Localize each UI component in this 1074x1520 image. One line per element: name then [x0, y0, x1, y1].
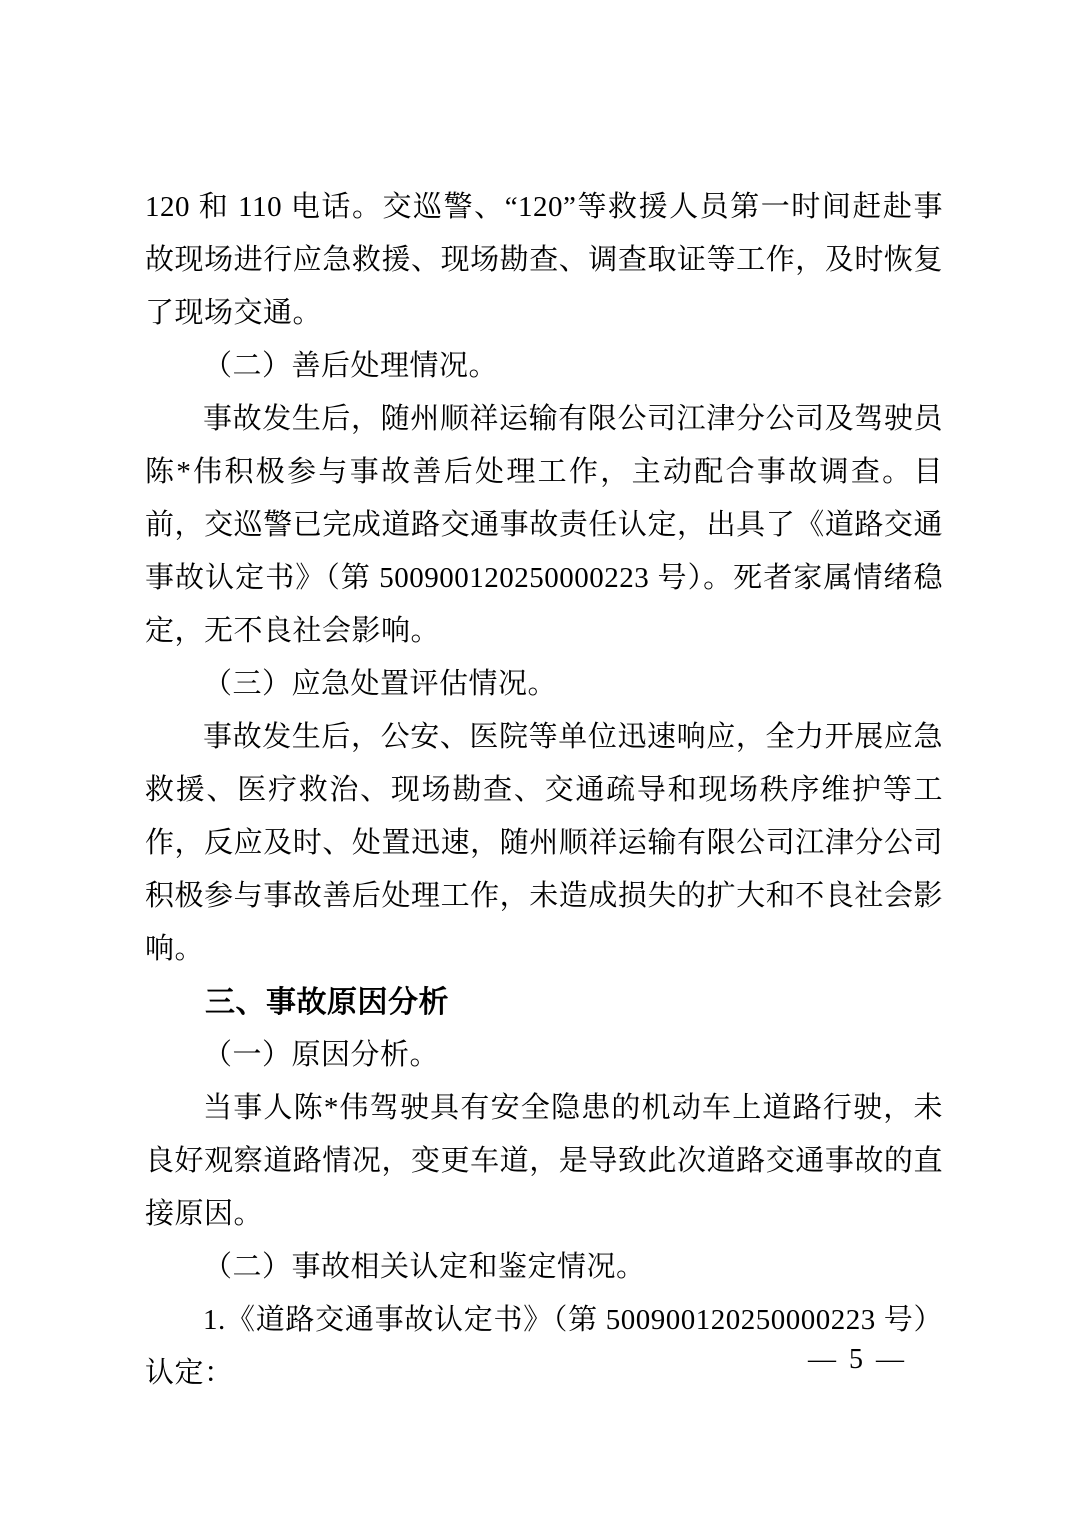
document-body: 120 和 110 电话。交巡警、“120”等救援人员第一时间赶赴事故现场进行应…	[145, 181, 943, 1400]
para-emergency-response-evaluation: 事故发生后，公安、医院等单位迅速响应，全力开展应急救援、医疗救治、现场勘查、交通…	[145, 711, 943, 976]
para-rescue-continuation: 120 和 110 电话。交巡警、“120”等救援人员第一时间赶赴事故现场进行应…	[145, 181, 943, 340]
heading-emergency-response-evaluation: （三）应急处置评估情况。	[145, 658, 943, 711]
heading-related-determinations: （二）事故相关认定和鉴定情况。	[145, 1241, 943, 1294]
heading-cause-analysis: （一）原因分析。	[145, 1029, 943, 1082]
para-cause-analysis: 当事人陈*伟驾驶具有安全隐患的机动车上道路行驶，未良好观察道路情况，变更车道，是…	[145, 1082, 943, 1241]
page-number: — 5 —	[0, 1344, 907, 1376]
section-heading-accident-cause-analysis: 三、事故原因分析	[145, 976, 943, 1029]
heading-aftermath-handling: （二）善后处理情况。	[145, 340, 943, 393]
para-aftermath-handling: 事故发生后，随州顺祥运输有限公司江津分公司及驾驶员陈*伟积极参与事故善后处理工作…	[145, 393, 943, 658]
document-page: 120 和 110 电话。交巡警、“120”等救援人员第一时间赶赴事故现场进行应…	[0, 0, 1074, 1520]
